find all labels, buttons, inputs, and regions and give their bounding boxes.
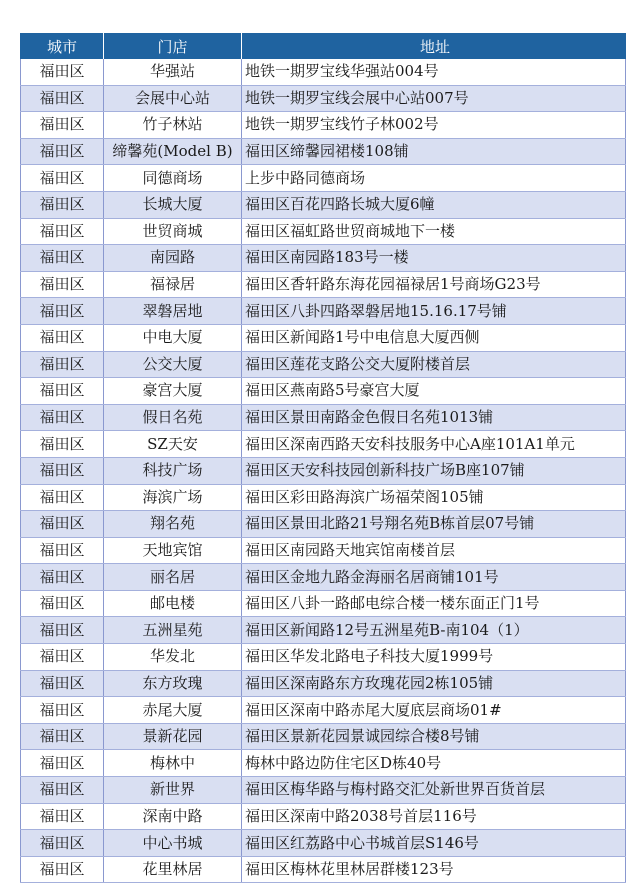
cell-city: 福田区 (21, 670, 104, 697)
cell-store: 公交大厦 (104, 351, 242, 378)
cell-city: 福田区 (21, 856, 104, 883)
cell-city: 福田区 (21, 830, 104, 857)
table-row: 福田区公交大厦福田区莲花支路公交大厦附楼首层 (21, 351, 626, 378)
cell-address: 福田区八卦一路邮电综合楼一楼东面正门1号 (242, 590, 626, 617)
header-store: 门店 (104, 33, 242, 59)
table-row: 福田区花里林居福田区梅林花里林居群楼123号 (21, 856, 626, 883)
cell-store: 科技广场 (104, 457, 242, 484)
table-row: 福田区长城大厦福田区百花四路长城大厦6幢 (21, 191, 626, 218)
cell-store: 长城大厦 (104, 191, 242, 218)
cell-address: 福田区景田北路21号翔名苑B栋首层07号铺 (242, 511, 626, 538)
cell-store: 天地宾馆 (104, 537, 242, 564)
cell-address: 福田区深南中路2038号首层116号 (242, 803, 626, 830)
cell-address: 福田区八卦四路翠磐居地15.16.17号铺 (242, 298, 626, 325)
cell-city: 福田区 (21, 245, 104, 272)
header-address: 地址 (242, 33, 626, 59)
table-row: 福田区景新花园福田区景新花园景诚园综合楼8号铺 (21, 723, 626, 750)
table-row: 福田区SZ天安福田区深南西路天安科技服务中心A座101A1单元 (21, 431, 626, 458)
cell-store: 深南中路 (104, 803, 242, 830)
cell-store: 东方玫瑰 (104, 670, 242, 697)
cell-store: 华发北 (104, 644, 242, 671)
cell-city: 福田区 (21, 564, 104, 591)
cell-address: 福田区新闻路12号五洲星苑B-南104（1） (242, 617, 626, 644)
cell-city: 福田区 (21, 644, 104, 671)
cell-store: 翔名苑 (104, 511, 242, 538)
cell-city: 福田区 (21, 298, 104, 325)
cell-address: 福田区莲花支路公交大厦附楼首层 (242, 351, 626, 378)
table-row: 福田区东方玫瑰福田区深南路东方玫瑰花园2栋105铺 (21, 670, 626, 697)
cell-address: 福田区金地九路金海丽名居商铺101号 (242, 564, 626, 591)
table-row: 福田区科技广场福田区天安科技园创新科技广场B座107铺 (21, 457, 626, 484)
cell-store: 翠磐居地 (104, 298, 242, 325)
cell-city: 福田区 (21, 750, 104, 777)
table-row: 福田区华强站地铁一期罗宝线华强站004号 (21, 59, 626, 85)
table-header-row: 城市 门店 地址 (21, 33, 626, 59)
cell-city: 福田区 (21, 85, 104, 112)
table-row: 福田区海滨广场福田区彩田路海滨广场福荣阁105铺 (21, 484, 626, 511)
cell-city: 福田区 (21, 537, 104, 564)
cell-store: 花里林居 (104, 856, 242, 883)
cell-store: 缔馨苑(Model B) (104, 138, 242, 165)
cell-address: 福田区燕南路5号豪宫大厦 (242, 378, 626, 405)
cell-store: 梅林中 (104, 750, 242, 777)
cell-store: 同德商场 (104, 165, 242, 192)
cell-store: 福禄居 (104, 271, 242, 298)
cell-store: 丽名居 (104, 564, 242, 591)
cell-city: 福田区 (21, 191, 104, 218)
table-row: 福田区假日名苑福田区景田南路金色假日名苑1013铺 (21, 404, 626, 431)
cell-store: 邮电楼 (104, 590, 242, 617)
table-row: 福田区五洲星苑福田区新闻路12号五洲星苑B-南104（1） (21, 617, 626, 644)
table-row: 福田区新世界福田区梅华路与梅村路交汇处新世界百货首层 (21, 777, 626, 804)
cell-store: 假日名苑 (104, 404, 242, 431)
cell-address: 福田区南园路天地宾馆南楼首层 (242, 537, 626, 564)
table-row: 福田区中心书城福田区红荔路中心书城首层S146号 (21, 830, 626, 857)
cell-store: 会展中心站 (104, 85, 242, 112)
cell-store: 豪宫大厦 (104, 378, 242, 405)
cell-address: 福田区百花四路长城大厦6幢 (242, 191, 626, 218)
cell-address: 福田区缔馨园裙楼108铺 (242, 138, 626, 165)
cell-city: 福田区 (21, 777, 104, 804)
cell-store: 赤尾大厦 (104, 697, 242, 724)
cell-store: 中电大厦 (104, 324, 242, 351)
table-row: 福田区邮电楼福田区八卦一路邮电综合楼一楼东面正门1号 (21, 590, 626, 617)
cell-city: 福田区 (21, 697, 104, 724)
cell-address: 福田区梅林花里林居群楼123号 (242, 856, 626, 883)
cell-address: 福田区红荔路中心书城首层S146号 (242, 830, 626, 857)
cell-address: 地铁一期罗宝线华强站004号 (242, 59, 626, 85)
table-row: 福田区世贸商城福田区福虹路世贸商城地下一楼 (21, 218, 626, 245)
cell-city: 福田区 (21, 484, 104, 511)
cell-store: 海滨广场 (104, 484, 242, 511)
header-city: 城市 (21, 33, 104, 59)
cell-city: 福田区 (21, 324, 104, 351)
cell-address: 上步中路同德商场 (242, 165, 626, 192)
table-row: 福田区豪宫大厦福田区燕南路5号豪宫大厦 (21, 378, 626, 405)
table-row: 福田区竹子林站地铁一期罗宝线竹子林002号 (21, 112, 626, 139)
cell-address: 福田区景新花园景诚园综合楼8号铺 (242, 723, 626, 750)
cell-city: 福田区 (21, 271, 104, 298)
cell-address: 福田区新闻路1号中电信息大厦西侧 (242, 324, 626, 351)
cell-address: 福田区梅华路与梅村路交汇处新世界百货首层 (242, 777, 626, 804)
table-row: 福田区丽名居福田区金地九路金海丽名居商铺101号 (21, 564, 626, 591)
cell-address: 福田区深南西路天安科技服务中心A座101A1单元 (242, 431, 626, 458)
cell-city: 福田区 (21, 617, 104, 644)
cell-city: 福田区 (21, 378, 104, 405)
cell-city: 福田区 (21, 723, 104, 750)
cell-store: SZ天安 (104, 431, 242, 458)
cell-store: 华强站 (104, 59, 242, 85)
cell-city: 福田区 (21, 138, 104, 165)
cell-address: 福田区南园路183号一楼 (242, 245, 626, 272)
cell-address: 梅林中路边防住宅区D栋40号 (242, 750, 626, 777)
cell-store: 中心书城 (104, 830, 242, 857)
table-body: 福田区华强站地铁一期罗宝线华强站004号福田区会展中心站地铁一期罗宝线会展中心站… (21, 59, 626, 883)
table-row: 福田区赤尾大厦福田区深南中路赤尾大厦底层商场01# (21, 697, 626, 724)
cell-address: 福田区福虹路世贸商城地下一楼 (242, 218, 626, 245)
cell-city: 福田区 (21, 112, 104, 139)
cell-store: 新世界 (104, 777, 242, 804)
table-row: 福田区同德商场上步中路同德商场 (21, 165, 626, 192)
table-row: 福田区会展中心站地铁一期罗宝线会展中心站007号 (21, 85, 626, 112)
cell-store: 五洲星苑 (104, 617, 242, 644)
cell-city: 福田区 (21, 351, 104, 378)
cell-store: 竹子林站 (104, 112, 242, 139)
table-row: 福田区缔馨苑(Model B)福田区缔馨园裙楼108铺 (21, 138, 626, 165)
cell-address: 福田区深南中路赤尾大厦底层商场01# (242, 697, 626, 724)
table-row: 福田区南园路福田区南园路183号一楼 (21, 245, 626, 272)
cell-address: 福田区香轩路东海花园福禄居1号商场G23号 (242, 271, 626, 298)
cell-city: 福田区 (21, 457, 104, 484)
cell-city: 福田区 (21, 404, 104, 431)
cell-city: 福田区 (21, 511, 104, 538)
cell-store: 世贸商城 (104, 218, 242, 245)
cell-address: 福田区彩田路海滨广场福荣阁105铺 (242, 484, 626, 511)
cell-address: 福田区天安科技园创新科技广场B座107铺 (242, 457, 626, 484)
cell-city: 福田区 (21, 431, 104, 458)
table-row: 福田区天地宾馆福田区南园路天地宾馆南楼首层 (21, 537, 626, 564)
table-row: 福田区翠磐居地福田区八卦四路翠磐居地15.16.17号铺 (21, 298, 626, 325)
table-row: 福田区翔名苑福田区景田北路21号翔名苑B栋首层07号铺 (21, 511, 626, 538)
table-row: 福田区华发北福田区华发北路电子科技大厦1999号 (21, 644, 626, 671)
cell-address: 福田区深南路东方玫瑰花园2栋105铺 (242, 670, 626, 697)
cell-store: 景新花园 (104, 723, 242, 750)
cell-address: 地铁一期罗宝线竹子林002号 (242, 112, 626, 139)
cell-address: 福田区华发北路电子科技大厦1999号 (242, 644, 626, 671)
table-row: 福田区福禄居福田区香轩路东海花园福禄居1号商场G23号 (21, 271, 626, 298)
cell-city: 福田区 (21, 59, 104, 85)
cell-store: 南园路 (104, 245, 242, 272)
cell-city: 福田区 (21, 590, 104, 617)
cell-city: 福田区 (21, 165, 104, 192)
cell-address: 地铁一期罗宝线会展中心站007号 (242, 85, 626, 112)
cell-address: 福田区景田南路金色假日名苑1013铺 (242, 404, 626, 431)
store-address-table: 城市 门店 地址 福田区华强站地铁一期罗宝线华强站004号福田区会展中心站地铁一… (20, 33, 626, 883)
cell-city: 福田区 (21, 218, 104, 245)
cell-city: 福田区 (21, 803, 104, 830)
table-row: 福田区梅林中梅林中路边防住宅区D栋40号 (21, 750, 626, 777)
table-row: 福田区深南中路福田区深南中路2038号首层116号 (21, 803, 626, 830)
table-row: 福田区中电大厦福田区新闻路1号中电信息大厦西侧 (21, 324, 626, 351)
